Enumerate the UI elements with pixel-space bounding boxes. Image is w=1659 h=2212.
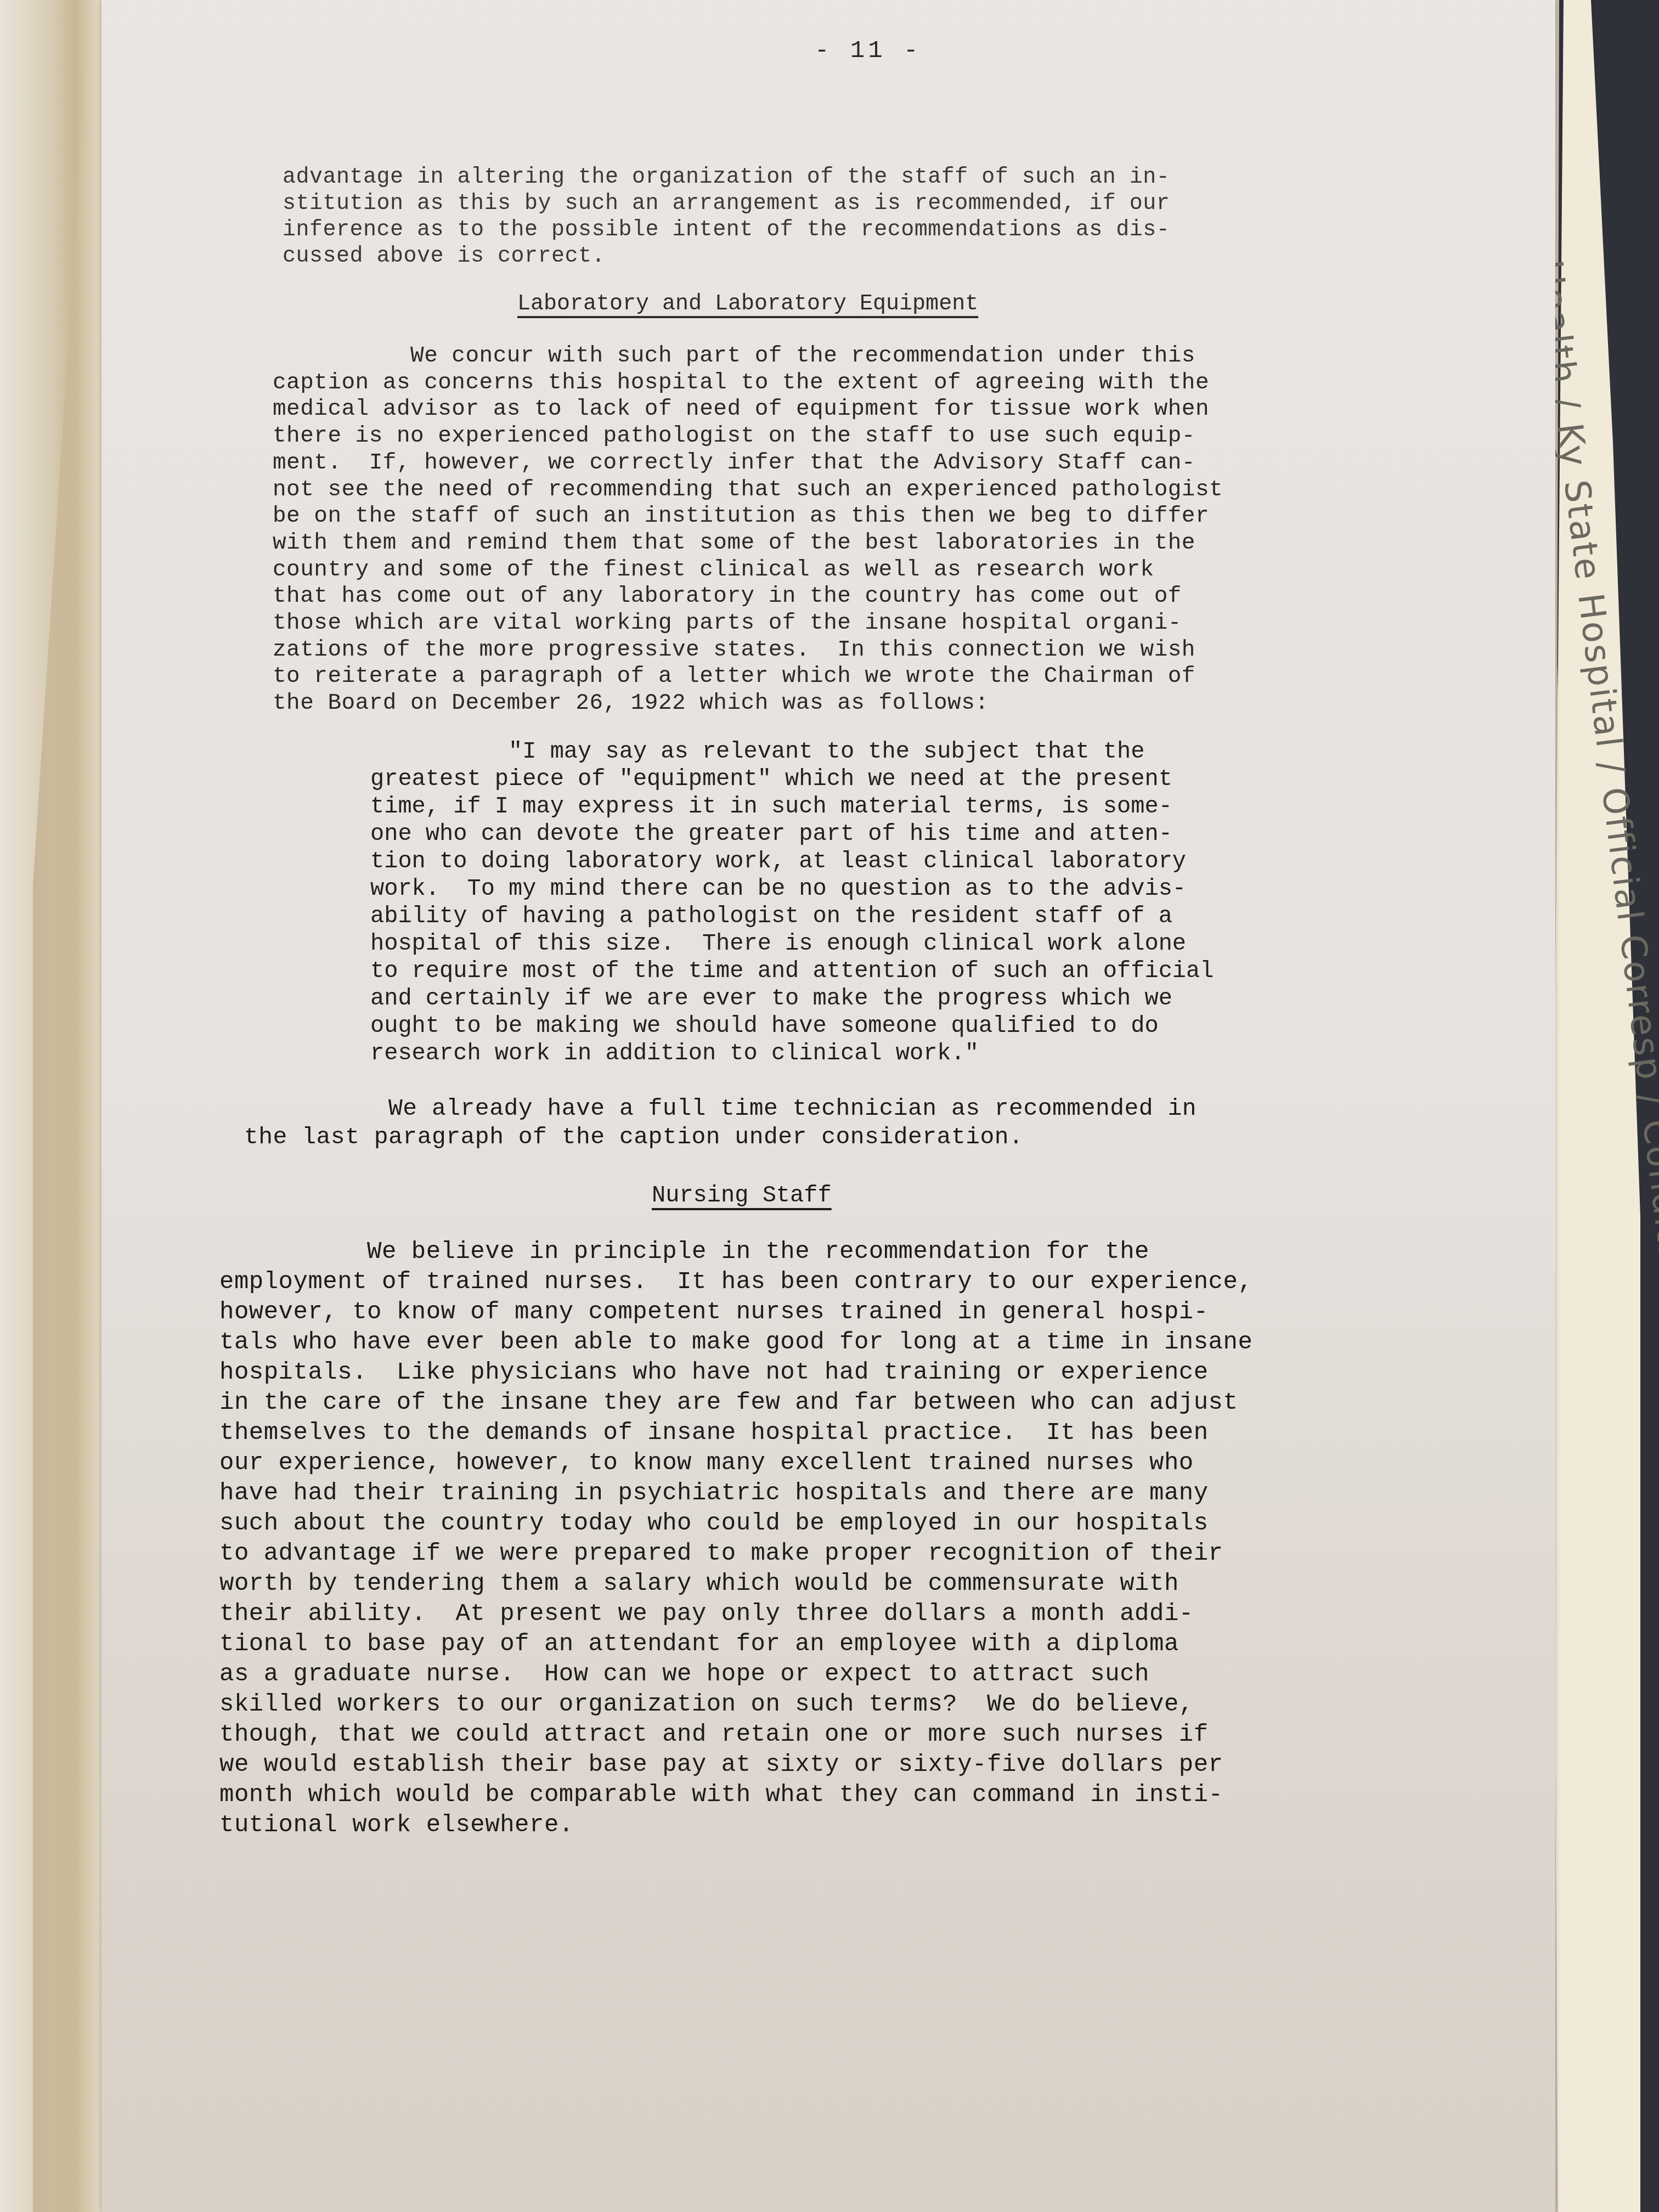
text-line: though, that we could attract and retain…	[219, 1720, 1252, 1750]
quote-line: ability of having a pathologist on the r…	[370, 902, 1214, 930]
typed-page: - 11 - advantage in altering the organiz…	[101, 0, 1555, 2212]
text-line: month which would be comparable with wha…	[219, 1780, 1252, 1810]
text-line: worth by tendering them a salary which w…	[219, 1569, 1252, 1599]
text-line: We concur with such part of the recommen…	[273, 343, 1223, 370]
text-line: zations of the more progressive states. …	[273, 637, 1223, 664]
letter-quotation: "I may say as relevant to the subject th…	[370, 738, 1214, 1067]
quote-line: work. To my mind there can be no questio…	[370, 875, 1214, 902]
text-line: tional to base pay of an attendant for a…	[219, 1629, 1252, 1660]
text-line: themselves to the demands of insane hosp…	[219, 1418, 1252, 1448]
text-line: medical advisor as to lack of need of eq…	[273, 396, 1223, 423]
heading-nursing: Nursing Staff	[652, 1182, 832, 1209]
text-line: tals who have ever been able to make goo…	[219, 1328, 1252, 1358]
text-line: We believe in principle in the recommend…	[219, 1237, 1252, 1267]
quote-line: ought to be making we should have someon…	[370, 1012, 1214, 1040]
text-line: caption as concerns this hospital to the…	[273, 370, 1223, 397]
text-line: country and some of the finest clinical …	[273, 557, 1223, 584]
text-line: in the care of the insane they are few a…	[219, 1388, 1252, 1418]
quote-line: one who can devote the greater part of h…	[370, 820, 1214, 848]
text-line: advantage in altering the organization o…	[283, 165, 1170, 191]
text-line: our experience, however, to know many ex…	[219, 1448, 1252, 1479]
quote-line: "I may say as relevant to the subject th…	[370, 738, 1214, 765]
text-line: stitution as this by such an arrangement…	[283, 191, 1170, 217]
text-line: such about the country today who could b…	[219, 1509, 1252, 1539]
text-line: that has come out of any laboratory in t…	[273, 583, 1223, 610]
intro-paragraph: advantage in altering the organization o…	[283, 165, 1170, 270]
quote-line: greatest piece of "equipment" which we n…	[370, 765, 1214, 793]
text-line: not see the need of recommending that su…	[273, 477, 1223, 504]
text-line: those which are vital working parts of t…	[273, 610, 1223, 637]
text-line: tutional work elsewhere.	[219, 1810, 1252, 1841]
text-line: be on the staff of such an institution a…	[273, 503, 1223, 530]
quote-line: and certainly if we are ever to make the…	[370, 985, 1214, 1012]
text-line: hospitals. Like physicians who have not …	[219, 1358, 1252, 1388]
text-line: have had their training in psychiatric h…	[219, 1479, 1252, 1509]
text-line: we would establish their base pay at six…	[219, 1750, 1252, 1780]
technician-paragraph: We already have a full time technician a…	[244, 1094, 1197, 1152]
text-line: as a graduate nurse. How can we hope or …	[219, 1660, 1252, 1690]
text-line: their ability. At present we pay only th…	[219, 1599, 1252, 1629]
text-line: however, to know of many competent nurse…	[219, 1297, 1252, 1328]
text-line: employment of trained nurses. It has bee…	[219, 1267, 1252, 1297]
quote-line: hospital of this size. There is enough c…	[370, 930, 1214, 957]
text-line: with them and remind them that some of t…	[273, 530, 1223, 557]
laboratory-paragraph: We concur with such part of the recommen…	[273, 343, 1223, 717]
text-line: there is no experienced pathologist on t…	[273, 423, 1223, 450]
text-line: inference as to the possible intent of t…	[283, 217, 1170, 244]
text-line: to advantage if we were prepared to make…	[219, 1539, 1252, 1569]
quote-line: to require most of the time and attentio…	[370, 957, 1214, 985]
nursing-paragraph: We believe in principle in the recommend…	[219, 1237, 1252, 1841]
heading-laboratory: Laboratory and Laboratory Equipment	[517, 292, 978, 317]
text-line: ment. If, however, we correctly infer th…	[273, 450, 1223, 477]
quote-line: tion to doing laboratory work, at least …	[370, 848, 1214, 875]
text-line: the last paragraph of the caption under …	[244, 1123, 1197, 1152]
quote-line: research work in addition to clinical wo…	[370, 1040, 1214, 1067]
text-line: cussed above is correct.	[283, 244, 1170, 270]
page-number: - 11 -	[815, 37, 921, 65]
text-line: the Board on December 26, 1922 which was…	[273, 690, 1223, 717]
text-line: We already have a full time technician a…	[244, 1094, 1197, 1123]
text-line: to reiterate a paragraph of a letter whi…	[273, 663, 1223, 690]
text-line: skilled workers to our organization on s…	[219, 1690, 1252, 1720]
quote-line: time, if I may express it in such materi…	[370, 793, 1214, 820]
